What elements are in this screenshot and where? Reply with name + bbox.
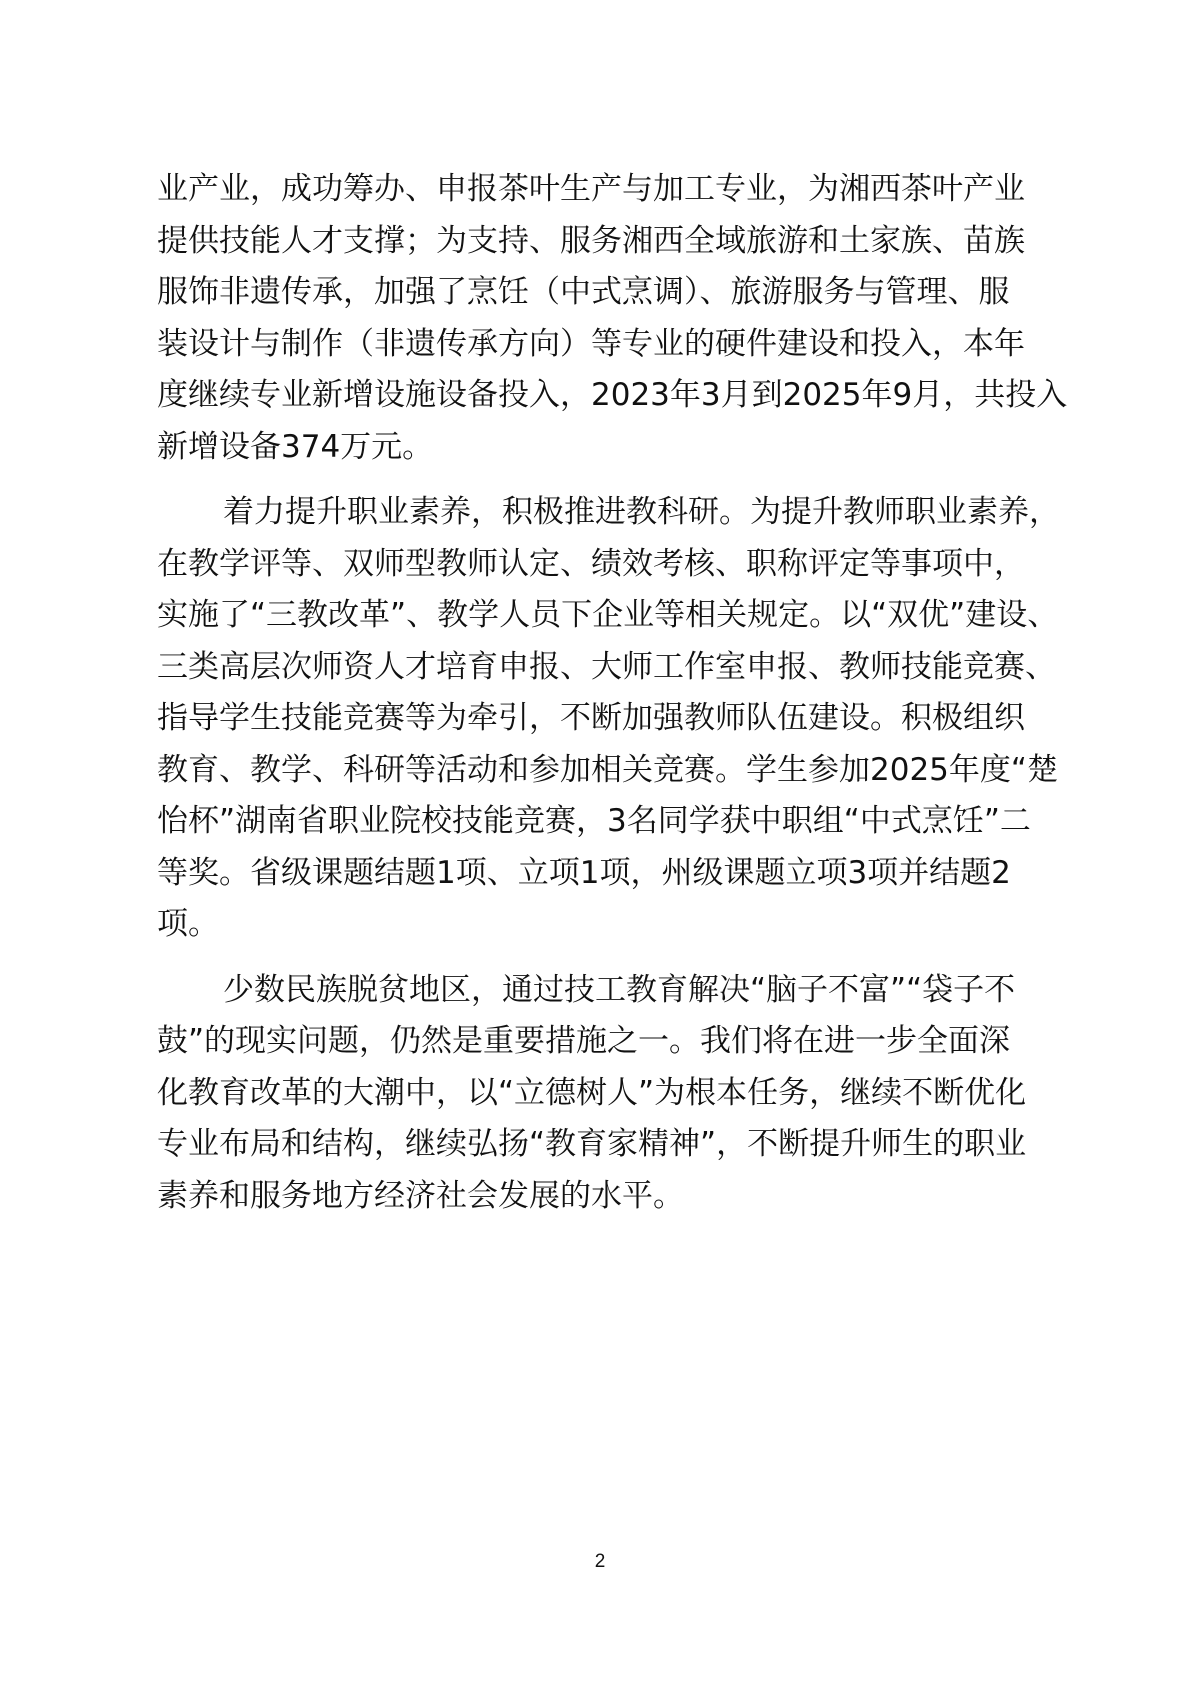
- page-number: 2: [0, 1551, 1200, 1573]
- text-line: 实施了“三教改革”、教学人员下企业等相关规定。以“双优”建设、: [157, 590, 1047, 642]
- document-body: 业产业，成功筹办、申报茶叶生产与加工专业，为湘西茶叶产业 提供技能人才支撑；为支…: [157, 164, 1047, 1222]
- text-line: 着力提升职业素养，积极推进教科研。为提升教师职业素养，: [157, 487, 1047, 539]
- text-line: 在教学评等、双师型教师认定、绩效考核、职称评定等事项中，: [157, 539, 1047, 591]
- text-line: 等奖。省级课题结题1项、立项1项，州级课题立项3项并结题2: [157, 848, 1047, 900]
- document-page: 业产业，成功筹办、申报茶叶生产与加工专业，为湘西茶叶产业 提供技能人才支撑；为支…: [0, 0, 1200, 1698]
- paragraph-specialty-investment: 业产业，成功筹办、申报茶叶生产与加工专业，为湘西茶叶产业 提供技能人才支撑；为支…: [157, 164, 1047, 473]
- text-line: 鼓”的现实问题，仍然是重要措施之一。我们将在进一步全面深: [157, 1016, 1047, 1068]
- text-line: 项。: [157, 899, 1047, 951]
- paragraph-professional-quality: 着力提升职业素养，积极推进教科研。为提升教师职业素养， 在教学评等、双师型教师认…: [157, 487, 1047, 951]
- text-line: 三类高层次师资人才培育申报、大师工作室申报、教师技能竞赛、: [157, 642, 1047, 694]
- text-line: 素养和服务地方经济社会发展的水平。: [157, 1171, 1047, 1223]
- text-line: 提供技能人才支撑；为支持、服务湘西全域旅游和土家族、苗族: [157, 216, 1047, 268]
- paragraph-spacer: [157, 473, 1047, 487]
- text-line: 装设计与制作（非遗传承方向）等专业的硬件建设和投入，本年: [157, 319, 1047, 371]
- text-line: 服饰非遗传承，加强了烹饪（中式烹调）、旅游服务与管理、服: [157, 267, 1047, 319]
- paragraph-conclusion: 少数民族脱贫地区，通过技工教育解决“脑子不富”“袋子不 鼓”的现实问题，仍然是重…: [157, 965, 1047, 1223]
- text-line: 指导学生技能竞赛等为牵引，不断加强教师队伍建设。积极组织: [157, 693, 1047, 745]
- paragraph-spacer: [157, 951, 1047, 965]
- text-line: 化教育改革的大潮中，以“立德树人”为根本任务，继续不断优化: [157, 1068, 1047, 1120]
- text-line: 怡杯”湖南省职业院校技能竞赛，3名同学获中职组“中式烹饪”二: [157, 796, 1047, 848]
- text-line: 新增设备374万元。: [157, 422, 1047, 474]
- text-line: 度继续专业新增设施设备投入，2023年3月到2025年9月，共投入: [157, 370, 1047, 422]
- text-line: 少数民族脱贫地区，通过技工教育解决“脑子不富”“袋子不: [157, 965, 1047, 1017]
- text-line: 教育、教学、科研等活动和参加相关竞赛。学生参加2025年度“楚: [157, 745, 1047, 797]
- text-line: 业产业，成功筹办、申报茶叶生产与加工专业，为湘西茶叶产业: [157, 164, 1047, 216]
- text-line: 专业布局和结构，继续弘扬“教育家精神”，不断提升师生的职业: [157, 1119, 1047, 1171]
